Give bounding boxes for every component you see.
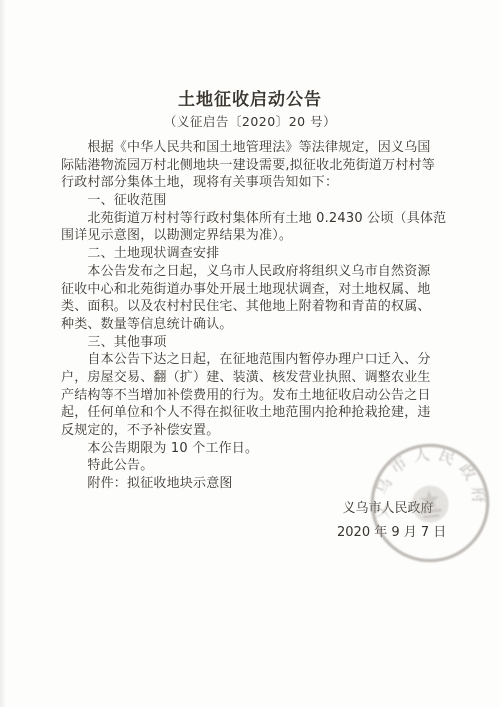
body-line: 类、面积。以及农村村民住宅、其他地上附着物和青苗的权属、 <box>61 298 453 316</box>
body-line: 三、其他事项 <box>61 334 453 352</box>
document-page: 土地征收启动公告 （义征启告〔2020〕20 号） 根据《中华人民共和国土地管理… <box>0 0 500 707</box>
body-line: 二、土地现状调查安排 <box>61 245 453 263</box>
issue-date: 2020 年 9 月 7 日 <box>337 524 435 541</box>
body-line: 产结构等不当增加补偿费用的行为。发布土地征收启动公告之日 <box>61 387 453 405</box>
body-line: 本公告发布之日起，义乌市人民政府将组织义乌市自然资源 <box>61 263 453 281</box>
body-line: 户，房屋交易、翻（扩）建、装潢、核发营业执照、调整农业生 <box>61 369 453 387</box>
body-line: 特此公告。 <box>61 457 453 475</box>
body-line: 附件：拟征收地块示意图 <box>61 475 453 493</box>
document-number: （义征启告〔2020〕20 号） <box>0 112 500 130</box>
document-body: 根据《中华人民共和国土地管理法》等法律规定，因义乌国际陆港物流园万村北侧地块一建… <box>61 139 453 493</box>
body-line: 一、征收范围 <box>61 192 453 210</box>
issuer-signature: 义乌市人民政府 <box>341 500 435 517</box>
document-title: 土地征收启动公告 <box>0 85 500 110</box>
body-line: 种类、数量等信息统计确认。 <box>61 316 453 334</box>
body-line: 自本公告下达之日起，在征地范围内暂停办理户口迁入、分 <box>61 351 453 369</box>
body-line: 本公告期限为 10 个工作日。 <box>61 440 453 458</box>
body-line: 起，任何单位和个人不得在拟征收土地范围内抢种抢栽抢建，违 <box>61 404 453 422</box>
body-line: 征收中心和北苑街道办事处开展土地现状调查，对土地权属、地 <box>61 281 453 299</box>
body-line: 根据《中华人民共和国土地管理法》等法律规定，因义乌国 <box>61 139 453 157</box>
body-line: 反规定的，不予补偿安置。 <box>61 422 453 440</box>
body-line: 际陆港物流园万村北侧地块一建设需要,拟征收北苑街道万村村等 <box>61 157 453 175</box>
body-line: 行政村部分集体土地，现将有关事项告知如下： <box>61 174 453 192</box>
body-line: 围详见示意图，以勘测定界结果为准）。 <box>61 227 453 245</box>
body-line: 北苑街道万村村等行政村集体所有土地 0.2430 公顷（具体范 <box>61 210 453 228</box>
